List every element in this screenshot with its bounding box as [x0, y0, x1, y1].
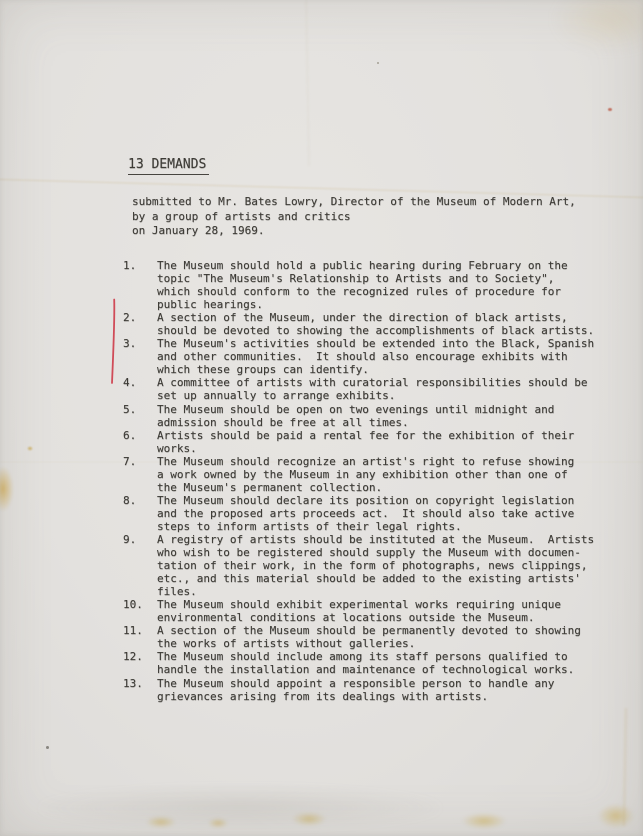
demand-text: The Museum should exhibit experimental w… — [157, 598, 618, 624]
stain-bottom — [208, 818, 228, 828]
stain-top-right — [556, 0, 643, 50]
demand-text: The Museum should recognize an artist's … — [157, 455, 618, 494]
document-subtitle: submitted to Mr. Bates Lowry, Director o… — [132, 195, 612, 239]
demand-number: 9. — [123, 533, 157, 598]
smudge-bottom — [40, 786, 440, 830]
demand-text: The Museum's activities should be extend… — [157, 337, 618, 376]
demand-item-9: 9. A registry of artists should be insti… — [123, 533, 618, 598]
demand-text: The Museum should declare its position o… — [157, 494, 618, 533]
demand-item-6: 6. Artists should be paid a rental fee f… — [123, 429, 618, 455]
demand-number: 2. — [123, 311, 157, 337]
demand-item-3: 3. The Museum's activities should be ext… — [123, 337, 618, 376]
demand-number: 10. — [123, 598, 157, 624]
demand-number: 7. — [123, 455, 157, 494]
demand-text: The Museum should appoint a responsible … — [157, 677, 618, 703]
stain-left-edge — [0, 466, 14, 512]
demand-text: A committee of artists with curatorial r… — [157, 376, 618, 402]
demand-item-1: 1. The Museum should hold a public heari… — [123, 259, 618, 311]
demand-item-2: 2. A section of the Museum, under the di… — [123, 311, 618, 337]
dark-speck — [46, 746, 49, 749]
demand-item-8: 8. The Museum should declare its positio… — [123, 494, 618, 533]
demand-number: 6. — [123, 429, 157, 455]
stain-speck — [27, 446, 33, 451]
demand-number: 11. — [123, 624, 157, 650]
fold-crease-vertical — [304, 0, 310, 166]
demand-number: 4. — [123, 376, 157, 402]
demand-item-11: 11. A section of the Museum should be pe… — [123, 624, 618, 650]
demand-number: 3. — [123, 337, 157, 376]
stain-streak-right — [622, 708, 628, 826]
demand-item-5: 5. The Museum should be open on two even… — [123, 403, 618, 429]
demand-item-10: 10. The Museum should exhibit experiment… — [123, 598, 618, 624]
demand-text: A registry of artists should be institut… — [157, 533, 618, 598]
demand-number: 13. — [123, 677, 157, 703]
demand-item-12: 12. The Museum should include among its … — [123, 650, 618, 676]
red-pen-mark — [108, 295, 118, 389]
demand-text: The Museum should include among its staf… — [157, 650, 618, 676]
demand-text: A section of the Museum should be perman… — [157, 624, 618, 650]
demand-number: 5. — [123, 403, 157, 429]
demand-item-13: 13. The Museum should appoint a responsi… — [123, 677, 618, 703]
stain-bottom — [146, 816, 176, 828]
stain-bottom — [598, 804, 634, 828]
demand-item-7: 7. The Museum should recognize an artist… — [123, 455, 618, 494]
demand-text: Artists should be paid a rental fee for … — [157, 429, 618, 455]
demand-number: 8. — [123, 494, 157, 533]
stain-bottom — [292, 812, 326, 826]
stain-bottom — [462, 813, 506, 829]
demand-item-4: 4. A committee of artists with curatoria… — [123, 376, 618, 402]
scanned-document-page: 13 DEMANDS submitted to Mr. Bates Lowry,… — [0, 0, 643, 836]
demand-text: A section of the Museum, under the direc… — [157, 311, 618, 337]
dark-speck — [377, 62, 379, 64]
demand-text: The Museum should be open on two evening… — [157, 403, 618, 429]
red-speck — [608, 108, 612, 111]
demands-list: 1. The Museum should hold a public heari… — [123, 259, 618, 703]
document-title: 13 DEMANDS — [128, 157, 209, 175]
demand-number: 1. — [123, 259, 157, 311]
demand-number: 12. — [123, 650, 157, 676]
demand-text: The Museum should hold a public hearing … — [157, 259, 618, 311]
